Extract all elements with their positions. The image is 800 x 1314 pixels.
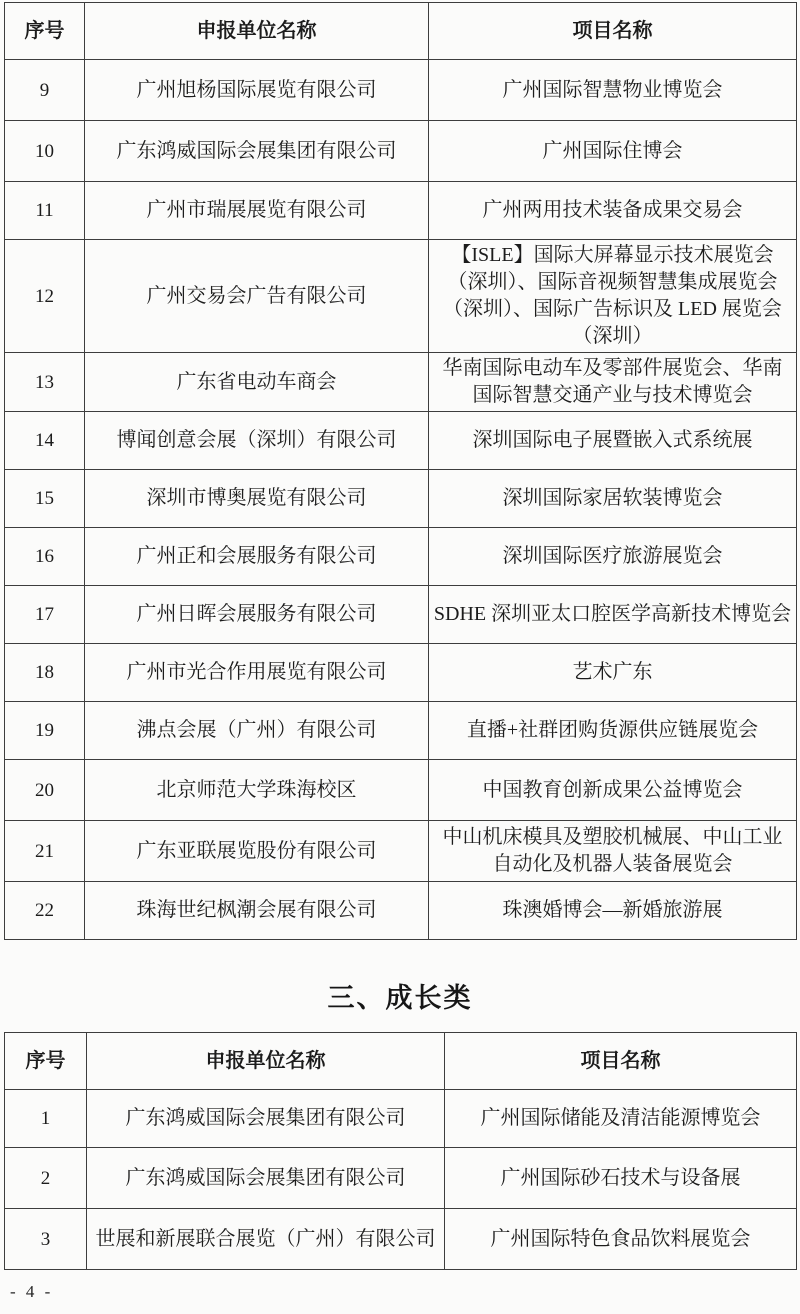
org-cell: 广东鸿威国际会展集团有限公司	[87, 1148, 445, 1209]
row-index-cell: 3	[5, 1209, 87, 1270]
page-number: - 4 -	[10, 1282, 53, 1302]
row-index-cell: 17	[5, 586, 85, 644]
project-cell: 广州国际砂石技术与设备展	[445, 1148, 797, 1209]
project-cell: 中国教育创新成果公益博览会	[429, 760, 797, 821]
row-index-cell: 9	[5, 60, 85, 121]
org-cell: 广州市光合作用展览有限公司	[85, 644, 429, 702]
table-row: 3 世展和新展联合展览（广州）有限公司 广州国际特色食品饮料展览会	[5, 1209, 797, 1270]
row-index-cell: 15	[5, 470, 85, 528]
project-cell: 珠澳婚博会—新婚旅游展	[429, 882, 797, 940]
project-cell: 深圳国际电子展暨嵌入式系统展	[429, 412, 797, 470]
column-header-org: 申报单位名称	[87, 1033, 445, 1090]
column-header-index: 序号	[5, 1033, 87, 1090]
project-cell: 广州两用技术装备成果交易会	[429, 182, 797, 240]
table-row: 10 广东鸿威国际会展集团有限公司 广州国际住博会	[5, 121, 797, 182]
project-cell: 广州国际特色食品饮料展览会	[445, 1209, 797, 1270]
column-header-org: 申报单位名称	[85, 3, 429, 60]
org-cell: 广州正和会展服务有限公司	[85, 528, 429, 586]
table-row: 16 广州正和会展服务有限公司 深圳国际医疗旅游展览会	[5, 528, 797, 586]
row-index-cell: 14	[5, 412, 85, 470]
org-cell: 广州日晖会展服务有限公司	[85, 586, 429, 644]
table-row: 21 广东亚联展览股份有限公司 中山机床模具及塑胶机械展、中山工业自动化及机器人…	[5, 821, 797, 882]
column-header-index: 序号	[5, 3, 85, 60]
org-cell: 广州旭杨国际展览有限公司	[85, 60, 429, 121]
row-index-cell: 12	[5, 240, 85, 353]
org-cell: 沸点会展（广州）有限公司	[85, 702, 429, 760]
row-index-cell: 22	[5, 882, 85, 940]
column-header-project: 项目名称	[445, 1033, 797, 1090]
table-row: 22 珠海世纪枫潮会展有限公司 珠澳婚博会—新婚旅游展	[5, 882, 797, 940]
row-index-cell: 10	[5, 121, 85, 182]
org-cell: 广州交易会广告有限公司	[85, 240, 429, 353]
table-row: 20 北京师范大学珠海校区 中国教育创新成果公益博览会	[5, 760, 797, 821]
row-index-cell: 16	[5, 528, 85, 586]
table-row: 14 博闻创意会展（深圳）有限公司 深圳国际电子展暨嵌入式系统展	[5, 412, 797, 470]
table-header-row: 序号 申报单位名称 项目名称	[5, 1033, 797, 1090]
org-cell: 深圳市博奥展览有限公司	[85, 470, 429, 528]
table-row: 17 广州日晖会展服务有限公司 SDHE 深圳亚太口腔医学高新技术博览会	[5, 586, 797, 644]
table-row: 18 广州市光合作用展览有限公司 艺术广东	[5, 644, 797, 702]
project-cell: 广州国际住博会	[429, 121, 797, 182]
project-cell: SDHE 深圳亚太口腔医学高新技术博览会	[429, 586, 797, 644]
org-cell: 广州市瑞展展览有限公司	[85, 182, 429, 240]
document-page: 序号 申报单位名称 项目名称 9 广州旭杨国际展览有限公司 广州国际智慧物业博览…	[0, 0, 800, 1314]
section-title: 三、成长类	[0, 978, 800, 1018]
row-index-cell: 13	[5, 353, 85, 412]
project-cell: 直播+社群团购货源供应链展览会	[429, 702, 797, 760]
row-index-cell: 20	[5, 760, 85, 821]
project-cell: 华南国际电动车及零部件展览会、华南国际智慧交通产业与技术博览会	[429, 353, 797, 412]
table-row: 12 广州交易会广告有限公司 【ISLE】国际大屏幕显示技术展览会（深圳）、国际…	[5, 240, 797, 353]
org-cell: 北京师范大学珠海校区	[85, 760, 429, 821]
table-row: 1 广东鸿威国际会展集团有限公司 广州国际储能及清洁能源博览会	[5, 1090, 797, 1148]
org-cell: 世展和新展联合展览（广州）有限公司	[87, 1209, 445, 1270]
org-cell: 博闻创意会展（深圳）有限公司	[85, 412, 429, 470]
project-cell: 广州国际智慧物业博览会	[429, 60, 797, 121]
project-cell: 深圳国际家居软装博览会	[429, 470, 797, 528]
row-index-cell: 18	[5, 644, 85, 702]
org-cell: 珠海世纪枫潮会展有限公司	[85, 882, 429, 940]
table-row: 9 广州旭杨国际展览有限公司 广州国际智慧物业博览会	[5, 60, 797, 121]
table-row: 2 广东鸿威国际会展集团有限公司 广州国际砂石技术与设备展	[5, 1148, 797, 1209]
org-cell: 广东省电动车商会	[85, 353, 429, 412]
category3-table: 序号 申报单位名称 项目名称 1 广东鸿威国际会展集团有限公司 广州国际储能及清…	[4, 1032, 797, 1270]
table-row: 19 沸点会展（广州）有限公司 直播+社群团购货源供应链展览会	[5, 702, 797, 760]
column-header-project: 项目名称	[429, 3, 797, 60]
org-cell: 广东亚联展览股份有限公司	[85, 821, 429, 882]
category2-table: 序号 申报单位名称 项目名称 9 广州旭杨国际展览有限公司 广州国际智慧物业博览…	[4, 2, 797, 940]
org-cell: 广东鸿威国际会展集团有限公司	[85, 121, 429, 182]
row-index-cell: 19	[5, 702, 85, 760]
project-cell: 艺术广东	[429, 644, 797, 702]
project-cell: 中山机床模具及塑胶机械展、中山工业自动化及机器人装备展览会	[429, 821, 797, 882]
table-row: 13 广东省电动车商会 华南国际电动车及零部件展览会、华南国际智慧交通产业与技术…	[5, 353, 797, 412]
row-index-cell: 21	[5, 821, 85, 882]
row-index-cell: 11	[5, 182, 85, 240]
table-row: 11 广州市瑞展展览有限公司 广州两用技术装备成果交易会	[5, 182, 797, 240]
project-cell: 深圳国际医疗旅游展览会	[429, 528, 797, 586]
project-cell: 【ISLE】国际大屏幕显示技术展览会（深圳）、国际音视频智慧集成展览会（深圳）、…	[429, 240, 797, 353]
row-index-cell: 2	[5, 1148, 87, 1209]
row-index-cell: 1	[5, 1090, 87, 1148]
project-cell: 广州国际储能及清洁能源博览会	[445, 1090, 797, 1148]
table-row: 15 深圳市博奥展览有限公司 深圳国际家居软装博览会	[5, 470, 797, 528]
org-cell: 广东鸿威国际会展集团有限公司	[87, 1090, 445, 1148]
table-header-row: 序号 申报单位名称 项目名称	[5, 3, 797, 60]
